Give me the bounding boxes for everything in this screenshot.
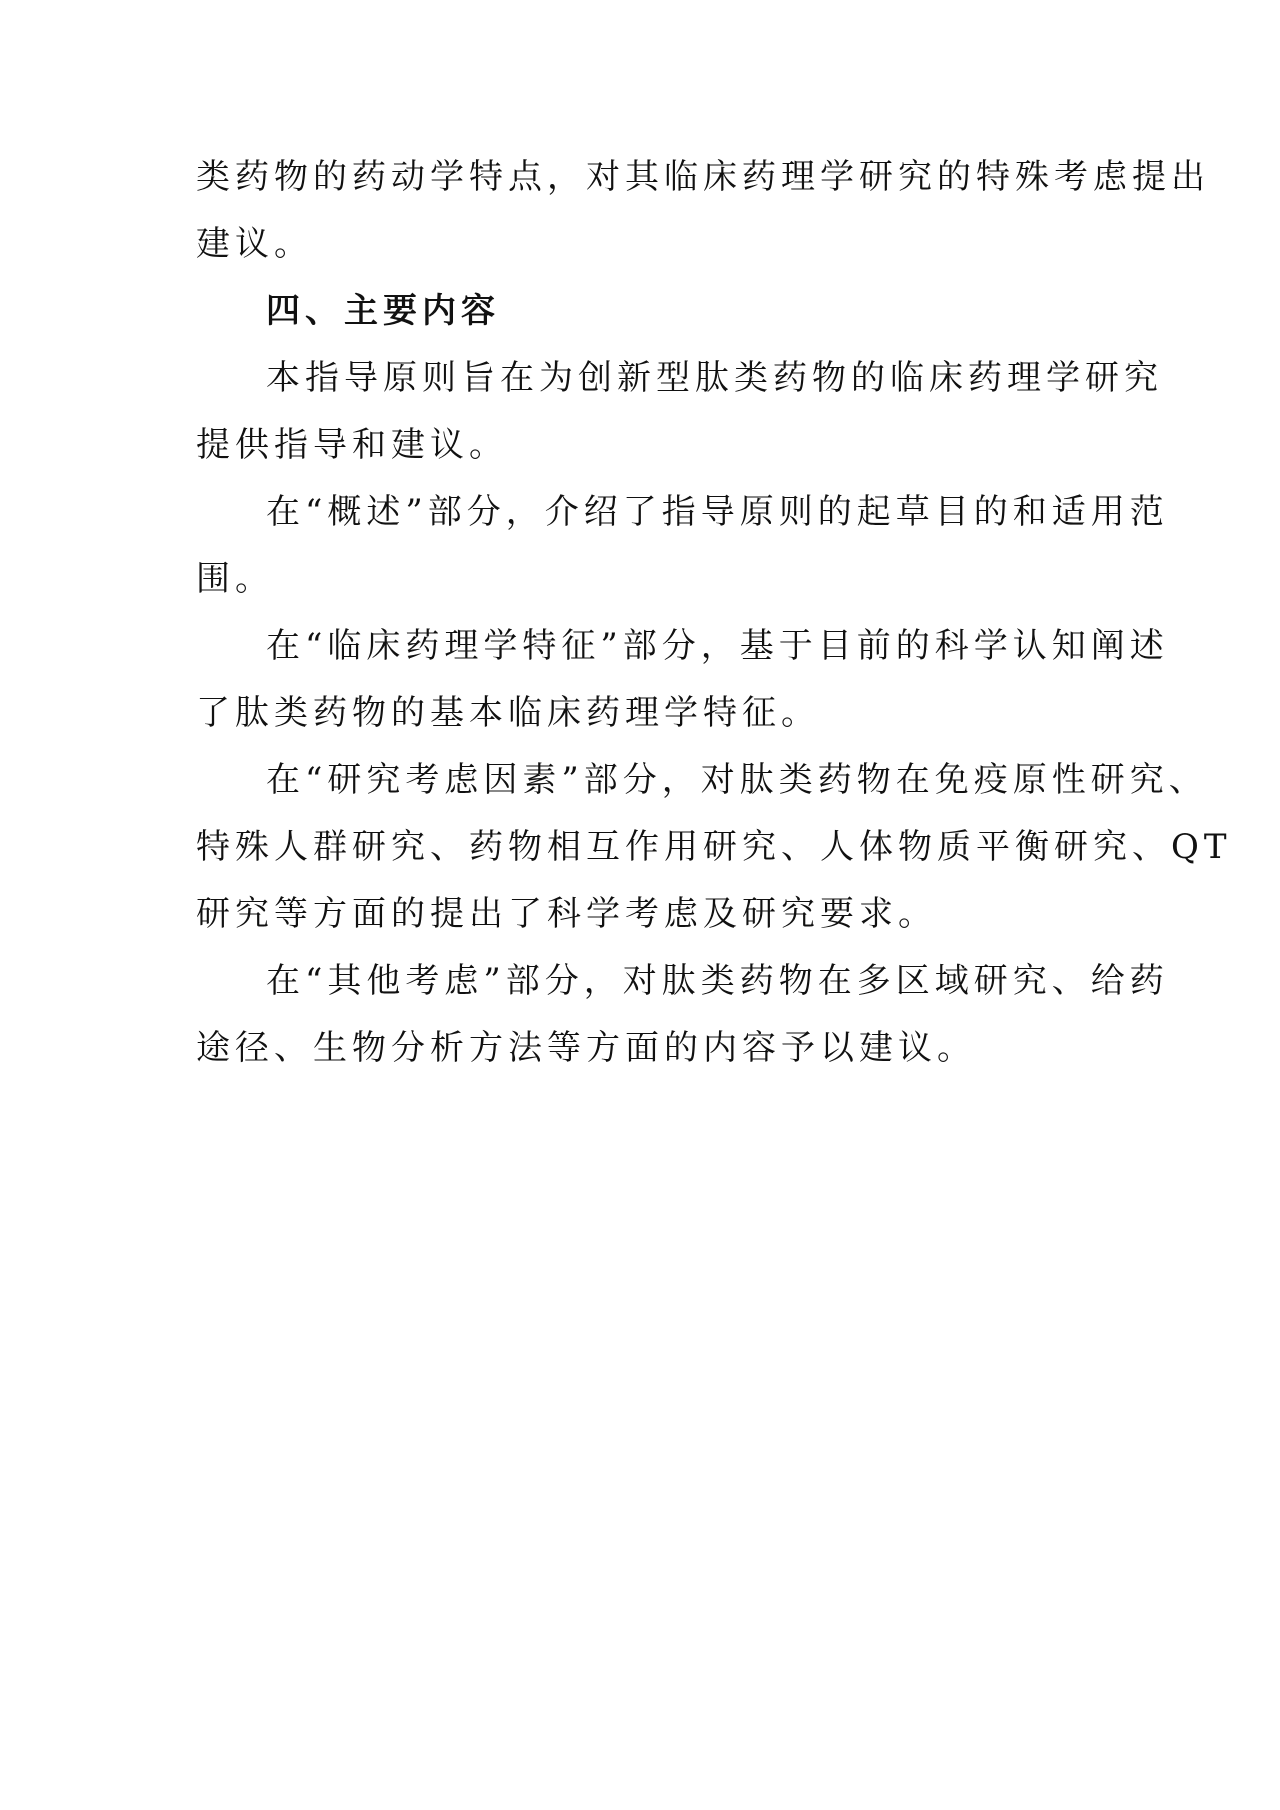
- document-body: 类药物的药动学特点，对其临床药理学研究的特殊考虑提出 建议。 四、主要内容 本指…: [196, 144, 1096, 1082]
- paragraph-line: 在“其他考虑”部分，对肽类药物在多区域研究、给药: [196, 948, 1096, 1015]
- paragraph-line: 在“研究考虑因素”部分，对肽类药物在免疫原性研究、: [196, 747, 1096, 814]
- paragraph-line: 建议。: [196, 211, 1096, 278]
- paragraph-line: 在“临床药理学特征”部分，基于目前的科学认知阐述: [196, 613, 1096, 680]
- paragraph-line: 围。: [196, 546, 1096, 613]
- paragraph-line: 类药物的药动学特点，对其临床药理学研究的特殊考虑提出: [196, 144, 1096, 211]
- paragraph-line: 途径、生物分析方法等方面的内容予以建议。: [196, 1015, 1096, 1082]
- paragraph-line: 研究等方面的提出了科学考虑及研究要求。: [196, 881, 1096, 948]
- section-heading: 四、主要内容: [196, 278, 1096, 345]
- paragraph-line: 特殊人群研究、药物相互作用研究、人体物质平衡研究、QT: [196, 814, 1096, 881]
- paragraph-line: 了肽类药物的基本临床药理学特征。: [196, 680, 1096, 747]
- document-page: 类药物的药动学特点，对其临床药理学研究的特殊考虑提出 建议。 四、主要内容 本指…: [0, 0, 1280, 1810]
- paragraph-line: 本指导原则旨在为创新型肽类药物的临床药理学研究: [196, 345, 1096, 412]
- paragraph-line: 提供指导和建议。: [196, 412, 1096, 479]
- paragraph-line: 在“概述”部分，介绍了指导原则的起草目的和适用范: [196, 479, 1096, 546]
